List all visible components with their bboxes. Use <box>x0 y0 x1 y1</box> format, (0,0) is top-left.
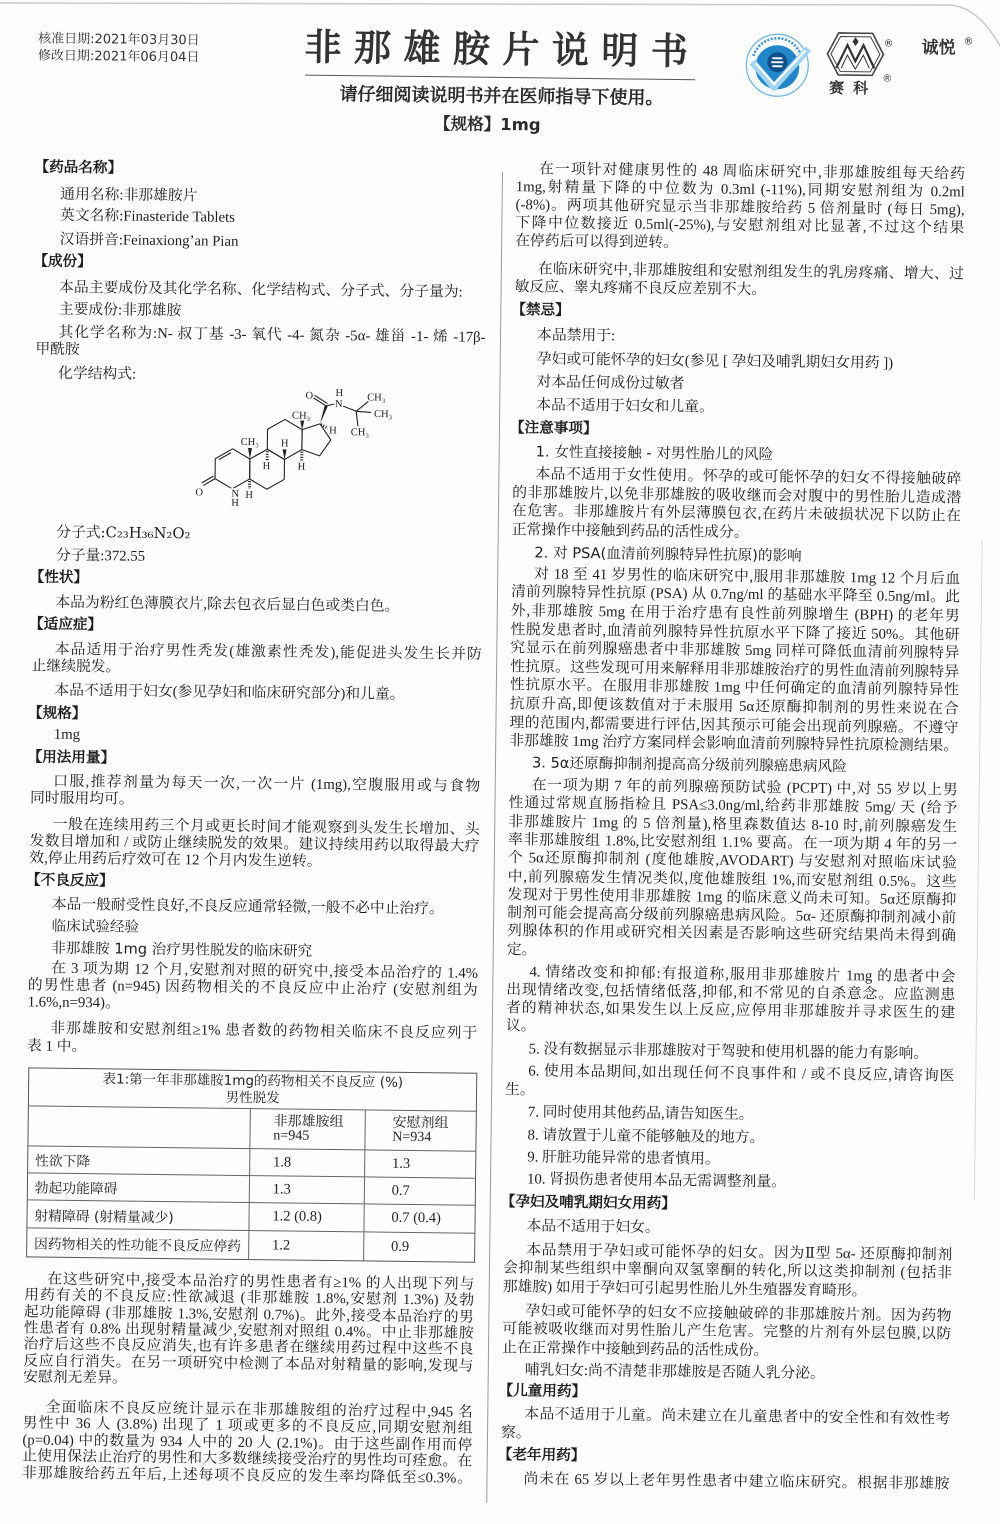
precaution-item-4: 4. 情绪改变和抑郁:有报道称,服用非那雄胺片 1mg 的患者中会 出现情绪改变… <box>506 963 956 1040</box>
atom-label: H <box>281 439 289 450</box>
english-name-field: 英文名称:Finasteride Tablets <box>37 206 487 229</box>
atom-label: CH₃ <box>241 437 260 448</box>
paragraph: 口服,推荐剂量为每天一次,一次一片 (1mg),空腹服用或与食物 同时服用均可。 <box>30 774 480 813</box>
paragraph: 本品一般耐受性良好,不良反应通常轻微,一般不必中止治疗。 <box>29 895 479 918</box>
scan-fold-line <box>974 541 983 1201</box>
molecular-formula-field: 分子式:C₂₃H₃₆N₂O₂ <box>33 523 483 546</box>
paragraph: 本品为粉红色薄膜衣片,除去包衣后显白色或类白色。 <box>32 593 482 616</box>
text-line: 孕妇或可能怀孕的妇女(参见 [ 孕妇及哺乳期妇女用药 ]) <box>514 350 963 373</box>
section-heading-contraindications: 【禁忌】 <box>514 301 963 324</box>
text-line: 分子量:372.55 <box>33 546 483 569</box>
paragraph: 哺乳妇女:尚不清楚非那雄胺是否随人乳分泌。 <box>502 1361 951 1384</box>
scanned-content: 核准日期:2021年03月30日 修改日期:2021年06月04日 非那雄胺片说… <box>0 0 1000 1524</box>
atom-label: H <box>336 388 344 399</box>
table-header-finasteride: 非那雄胺组 n=945 <box>250 1109 365 1150</box>
heading-text: 【规格】 <box>28 704 481 727</box>
heading-text: 【药品名称】 <box>34 158 487 181</box>
atom-label: H <box>263 462 271 473</box>
table-row-label: 勃起功能障碍 <box>28 1173 250 1203</box>
heading-text: 【性状】 <box>30 568 483 591</box>
section-heading-specification: 【规格】 <box>31 704 481 727</box>
text-line: 哺乳妇女:尚不清楚非那雄胺是否随人乳分泌。 <box>502 1361 951 1384</box>
paragraph: 孕妇或可能怀孕的妇女不应接触破碎的非那雄胺片剂。因为药物 可能被吸收继而对男性胎… <box>502 1302 952 1363</box>
atom-label: O <box>306 391 314 402</box>
heading-text: 【孕妇及哺乳期妇女用药】 <box>501 1193 953 1216</box>
subheading-clinical-trials: 临床试验经验 <box>28 917 478 940</box>
paragraph: 在一项针对健康男性的 48 周临床研究中,非那雄胺组每天给药 1mg,射精量下降… <box>515 160 965 255</box>
text-line: 本品不适用于妇女(参见孕妇和临床研究部分)和儿童。 <box>31 681 481 704</box>
text-line: 10. 肾损伤患者使用本品无需调整剂量。 <box>504 1170 953 1193</box>
paragraph: 尚未在 65 岁以上老年男性患者中建立临床研究。根据非那雄胺 <box>500 1470 949 1493</box>
precaution-item-9: 9. 肝脏功能异常的患者慎用。 <box>504 1148 953 1171</box>
paragraph: 孕妇或可能怀孕的妇女(参见 [ 孕妇及哺乳期妇女用药 ]) <box>514 350 963 373</box>
text-line: 本品不适用于妇女和儿童。 <box>513 396 962 419</box>
text-line: 本品不适用于妇女。 <box>503 1217 952 1240</box>
precaution-item-8: 8. 请放置于儿童不能够触及的地方。 <box>504 1126 953 1149</box>
atom-label: O <box>196 488 204 499</box>
atom-label: CH₃ <box>351 428 370 439</box>
text-line: 汉语拼音:Feinaxiong’an Pian <box>37 230 487 253</box>
atom-label: CH₃ <box>374 409 393 420</box>
section-heading-drug-name: 【药品名称】 <box>37 158 487 181</box>
precaution-item-7: 7. 同时使用其他药品,请告知医生。 <box>505 1103 954 1126</box>
table-header-empty <box>28 1106 250 1149</box>
heading-text: 【成份】 <box>33 252 486 275</box>
heading-text: 【禁忌】 <box>511 301 963 324</box>
right-column: 在一项针对健康男性的 48 周临床研究中,非那雄胺组每天给药 1mg,射精量下降… <box>500 0 967 1524</box>
subheading-female-exposure: 1. 女性直接接触 - 对男性胎儿的风险 <box>513 443 962 466</box>
table-subtitle-text: 男性脱发 <box>226 1089 280 1106</box>
paragraph: 本品不适用于女性使用。怀孕的或可能怀孕的妇女不得接触破碎 的非那雄胺片,以免非那… <box>512 465 962 545</box>
section-heading-dosage: 【用法用量】 <box>30 748 480 771</box>
table-cell-finasteride: 1.2 (0.8) <box>249 1203 364 1232</box>
table-title: 表1:第一年非那雄胺1mg的药物相关不良反应 (%) 男性脱发 <box>29 1068 477 1111</box>
section-heading-pregnancy-lactation: 【孕妇及哺乳期妇女用药】 <box>504 1193 953 1216</box>
molecular-weight-field: 分子量:372.55 <box>33 546 483 569</box>
column-n: N=934 <box>392 1130 476 1145</box>
table-cell-placebo: 0.7 (0.4) <box>364 1204 475 1233</box>
paragraph: 本品不适用于妇女(参见孕妇和临床研究部分)和儿童。 <box>31 681 481 704</box>
heading-text: 【儿童用药】 <box>498 1382 950 1405</box>
paragraph: 在 3 项为期 12 个月,安慰剂对照的研究中,接受本品治疗的 1.4% 的男性… <box>28 961 479 1017</box>
text-line: 本品为粉红色薄膜衣片,除去包衣后显白色或类白色。 <box>32 593 482 616</box>
section-heading-indications: 【适应症】 <box>32 615 482 638</box>
text-line: 通用名称:非那雄胺片 <box>37 185 487 208</box>
table-row-label: 因药物相关的性功能不良反应停药 <box>27 1228 249 1259</box>
subheading-hair-loss-study: 非那雄胺 1mg 治疗男性脱发的临床研究 <box>28 939 478 962</box>
heading-text: 【不良反应】 <box>26 871 479 894</box>
precaution-item-10: 10. 肾损伤患者使用本品无需调整剂量。 <box>504 1170 953 1193</box>
text-line: 英文名称:Finasteride Tablets <box>37 206 487 229</box>
text-line: 5. 没有数据显示非那雄胺对于驾驶和使用机器的能力有影响。 <box>505 1040 954 1063</box>
table-cell-finasteride: 1.2 <box>249 1231 364 1260</box>
text-line: 非那雄胺 1mg 治疗方案同样会影响血清前列腺特异性抗原检测结果。 <box>509 732 958 756</box>
paragraph: 本品不适用于儿童。尚未建立在儿童患者中的安全性和有效性考 察。 <box>501 1405 950 1448</box>
paragraph: 在这些研究中,接受本品治疗的男性患者有≥1% 的人出现下列与 用药有关的不良反应… <box>23 1271 474 1391</box>
paragraph: 对 18 至 41 岁男性的临床研究中,服用非那雄胺 1mg 12 个月后血 清… <box>509 565 960 756</box>
text-line: 1mg <box>31 725 481 748</box>
heading-text: 【注意事项】 <box>510 419 962 442</box>
heading-text: 【老年用药】 <box>498 1446 950 1469</box>
adverse-reactions-table: 表1:第一年非那雄胺1mg的药物相关不良反应 (%) 男性脱发 非那雄胺组 n=… <box>26 1067 478 1262</box>
text-line: 对本品任何成份过敏者 <box>513 373 962 396</box>
table-cell-placebo: 0.7 <box>365 1177 476 1205</box>
text-line: 1. 女性直接接触 - 对男性胎儿的风险 <box>513 443 962 466</box>
text-line: 主要成份:非那雄胺 <box>36 300 486 323</box>
text-line: 分子式:C₂₃H₃₆N₂O₂ <box>33 523 483 546</box>
atom-label: CH₃ <box>292 411 311 422</box>
table-cell-placebo: 0.9 <box>364 1232 475 1261</box>
main-ingredient-field: 主要成份:非那雄胺 <box>36 300 486 323</box>
table-row-label: 射精障碍 (射精量减少) <box>27 1200 249 1231</box>
table-cell-finasteride: 1.8 <box>250 1149 365 1177</box>
text-line: 7. 同时使用其他药品,请告知医生。 <box>505 1103 954 1126</box>
table-cell-placebo: 1.3 <box>365 1150 476 1178</box>
table-title-text: 表1:第一年非那雄胺1mg的药物相关不良反应 (%) <box>102 1071 403 1091</box>
subheading-prostate-cancer-risk: 3. 5α还原酶抑制剂提高高分级前列腺癌患病风险 <box>509 754 958 777</box>
text-line: 9. 肝脏功能异常的患者慎用。 <box>504 1148 953 1171</box>
text-line: 8. 请放置于儿童不能够触及的地方。 <box>504 1126 953 1149</box>
text-line: 临床试验经验 <box>28 917 478 940</box>
text-line: 本品一般耐受性良好,不良反应通常轻微,一般不必中止治疗。 <box>29 895 479 918</box>
column-divider <box>486 172 503 1503</box>
text-line: 非那雄胺 1mg 治疗男性脱发的临床研究 <box>28 939 478 962</box>
generic-name-field: 通用名称:非那雄胺片 <box>37 185 487 208</box>
paragraph: 全面临床不良反应统计显示在非那雄胺组的治疗过程中,945 名 男性中 36 人 … <box>22 1399 473 1487</box>
atom-label: H <box>298 462 306 473</box>
left-column: 【药品名称】 通用名称:非那雄胺片 英文名称:Finasteride Table… <box>21 0 489 1524</box>
text-line: 本品禁用于: <box>514 326 963 349</box>
column-n: n=945 <box>273 1129 364 1144</box>
paragraph: 本品适用于治疗男性秃发(雄激素性秃发),能促进头发生长并防 止继续脱发。 <box>31 641 481 681</box>
paragraph: 本品不适用于妇女。 <box>503 1217 952 1240</box>
text-line: 尚未在 65 岁以上老年男性患者中建立临床研究。根据非那雄胺 <box>500 1470 949 1493</box>
paragraph: 本品禁用于: <box>514 326 963 349</box>
paragraph: 本品不适用于妇女和儿童。 <box>513 396 962 419</box>
text-line: 2. 对 PSA(血清前列腺特异性抗原)的影响 <box>511 544 960 567</box>
table-cell-finasteride: 1.3 <box>250 1176 365 1204</box>
atom-label: H <box>231 498 239 509</box>
text-line: 3. 5α还原酶抑制剂提高高分级前列腺癌患病风险 <box>509 754 958 777</box>
paragraph: 本品禁用于孕妇或可能怀孕的妇女。因为Ⅱ型 5α- 还原酶抑制剂 会抑制某些组织中… <box>503 1241 953 1302</box>
paragraph: 一般在连续用药三个月或更长时间才能观察到头发生长增加、头 发数目增加和 / 或防… <box>29 817 480 873</box>
text-line: 本品主要成份及其化学名称、化学结构式、分子式、分子量为: <box>36 278 486 301</box>
section-heading-precautions: 【注意事项】 <box>513 419 962 442</box>
atom-label: H <box>246 490 254 501</box>
paragraph: 在临床研究中,非那雄胺组和安慰剂组发生的乳房疼痛、增大、过 敏反应、睾丸疼痛不良… <box>515 260 964 301</box>
chemical-name-field: 其化学名称为:N- 叔丁基 -3- 氧代 -4- 氮杂 -5α- 雄甾 -1- … <box>35 325 485 363</box>
atom-label: N <box>335 399 343 410</box>
precaution-item-6: 6. 使用本品期间,如出现任何不良事件和 / 或不良反应,请咨询医 生。 <box>505 1062 954 1105</box>
package-insert-page: 核准日期:2021年03月30日 修改日期:2021年06月04日 非那雄胺片说… <box>0 0 1000 1524</box>
precaution-item-5: 5. 没有数据显示非那雄胺对于驾驶和使用机器的能力有影响。 <box>505 1040 954 1063</box>
section-heading-geriatric-use: 【老年用药】 <box>501 1446 950 1469</box>
heading-text: 【用法用量】 <box>27 748 480 771</box>
heading-text: 【适应症】 <box>29 615 482 638</box>
ingredients-intro: 本品主要成份及其化学名称、化学结构式、分子式、分子量为: <box>36 278 486 301</box>
paragraph: 非那雄胺和安慰剂组≥1% 患者数的药物相关临床不良反应列于 表 1 中。 <box>27 1019 477 1060</box>
table-header-placebo: 安慰剂组 N=934 <box>365 1110 476 1151</box>
specification-value: 1mg <box>31 725 481 748</box>
paragraph: 对本品任何成份过敏者 <box>513 373 962 396</box>
atom-label: CH₃ <box>367 393 386 404</box>
chemical-structure-diagram: O N H H CH₃ H H H CH₃ O H N CH₃ CH₃ CH₃ … <box>189 382 401 514</box>
atom-label: H <box>329 426 337 437</box>
section-heading-pediatric-use: 【儿童用药】 <box>501 1382 950 1405</box>
paragraph: 在一项为期 7 年的前列腺癌预防试验 (PCPT) 中,对 55 岁以上男 性通… <box>507 776 958 964</box>
pinyin-name-field: 汉语拼音:Feinaxiong’an Pian <box>37 230 487 253</box>
subheading-psa-effect: 2. 对 PSA(血清前列腺特异性抗原)的影响 <box>511 544 960 567</box>
section-heading-adverse-reactions: 【不良反应】 <box>29 871 479 894</box>
table-row-label: 性欲下降 <box>28 1146 250 1176</box>
section-heading-description: 【性状】 <box>33 568 483 591</box>
section-heading-ingredients: 【成份】 <box>36 252 486 275</box>
